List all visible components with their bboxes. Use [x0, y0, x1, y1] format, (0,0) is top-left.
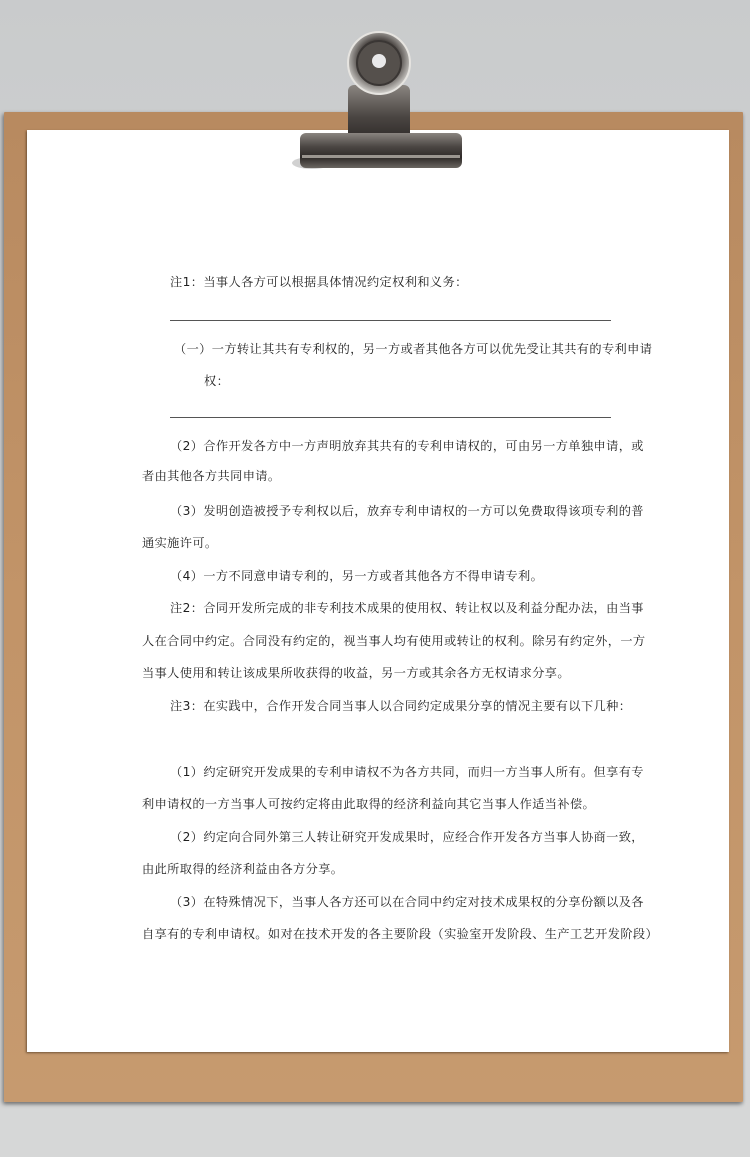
note-3-item-3-cont: 自享有的专利申请权。如对在技术开发的各主要阶段（实验室开发阶段、生产工艺开发阶段… — [142, 925, 658, 942]
note-1-item-4: （4）一方不同意申请专利的，另一方或者其他各方不得申请专利。 — [170, 567, 543, 584]
note-1-item-2: （2）合作开发各方中一方声明放弃其共有的专利申请权的，可由另一方单独申请，或 — [170, 437, 644, 454]
blank-fill-line — [170, 417, 611, 418]
binder-clip-icon — [290, 25, 470, 175]
note-2: 注2：合同开发所完成的非专利技术成果的使用权、转让权以及利益分配办法，由当事 — [170, 599, 644, 616]
note-1-item-1-cont: 权： — [204, 372, 229, 389]
note-1-item-2-cont: 者由其他各方共同申请。 — [142, 467, 280, 484]
note-3-item-2: （2）约定向合同外第三人转让研究开发成果时，应经合作开发各方当事人协商一致， — [170, 828, 644, 845]
note-2-cont-1: 人在合同中约定。合同没有约定的，视当事人均有使用或转让的权利。除另有约定外，一方 — [142, 632, 646, 649]
note-1-item-3: （3）发明创造被授予专利权以后，放弃专利申请权的一方可以免费取得该项专利的普 — [170, 502, 644, 519]
blank-fill-line — [170, 320, 611, 321]
paper-sheet — [27, 130, 729, 1052]
note-3-item-3: （3）在特殊情况下，当事人各方还可以在合同中约定对技术成果权的分享份额以及各 — [170, 893, 644, 910]
note-3-item-1-cont: 利申请权的一方当事人可按约定将由此取得的经济利益向其它当事人作适当补偿。 — [142, 795, 595, 812]
note-1: 注1：当事人各方可以根据具体情况约定权利和义务： — [170, 273, 468, 290]
note-3: 注3：在实践中，合作开发合同当事人以合同约定成果分享的情况主要有以下几种： — [170, 697, 631, 714]
note-3-item-1: （1）约定研究开发成果的专利申请权不为各方共同，而归一方当事人所有。但享有专 — [170, 763, 644, 780]
note-2-cont-2: 当事人使用和转让该成果所收获得的收益，另一方或其余各方无权请求分享。 — [142, 664, 570, 681]
note-3-item-2-cont: 由此所取得的经济利益由各方分享。 — [142, 860, 343, 877]
note-1-item-3-cont: 通实施许可。 — [142, 534, 218, 551]
note-1-item-1: （一）一方转让其共有专利权的，另一方或者其他各方可以优先受让其共有的专利申请 — [174, 340, 652, 357]
